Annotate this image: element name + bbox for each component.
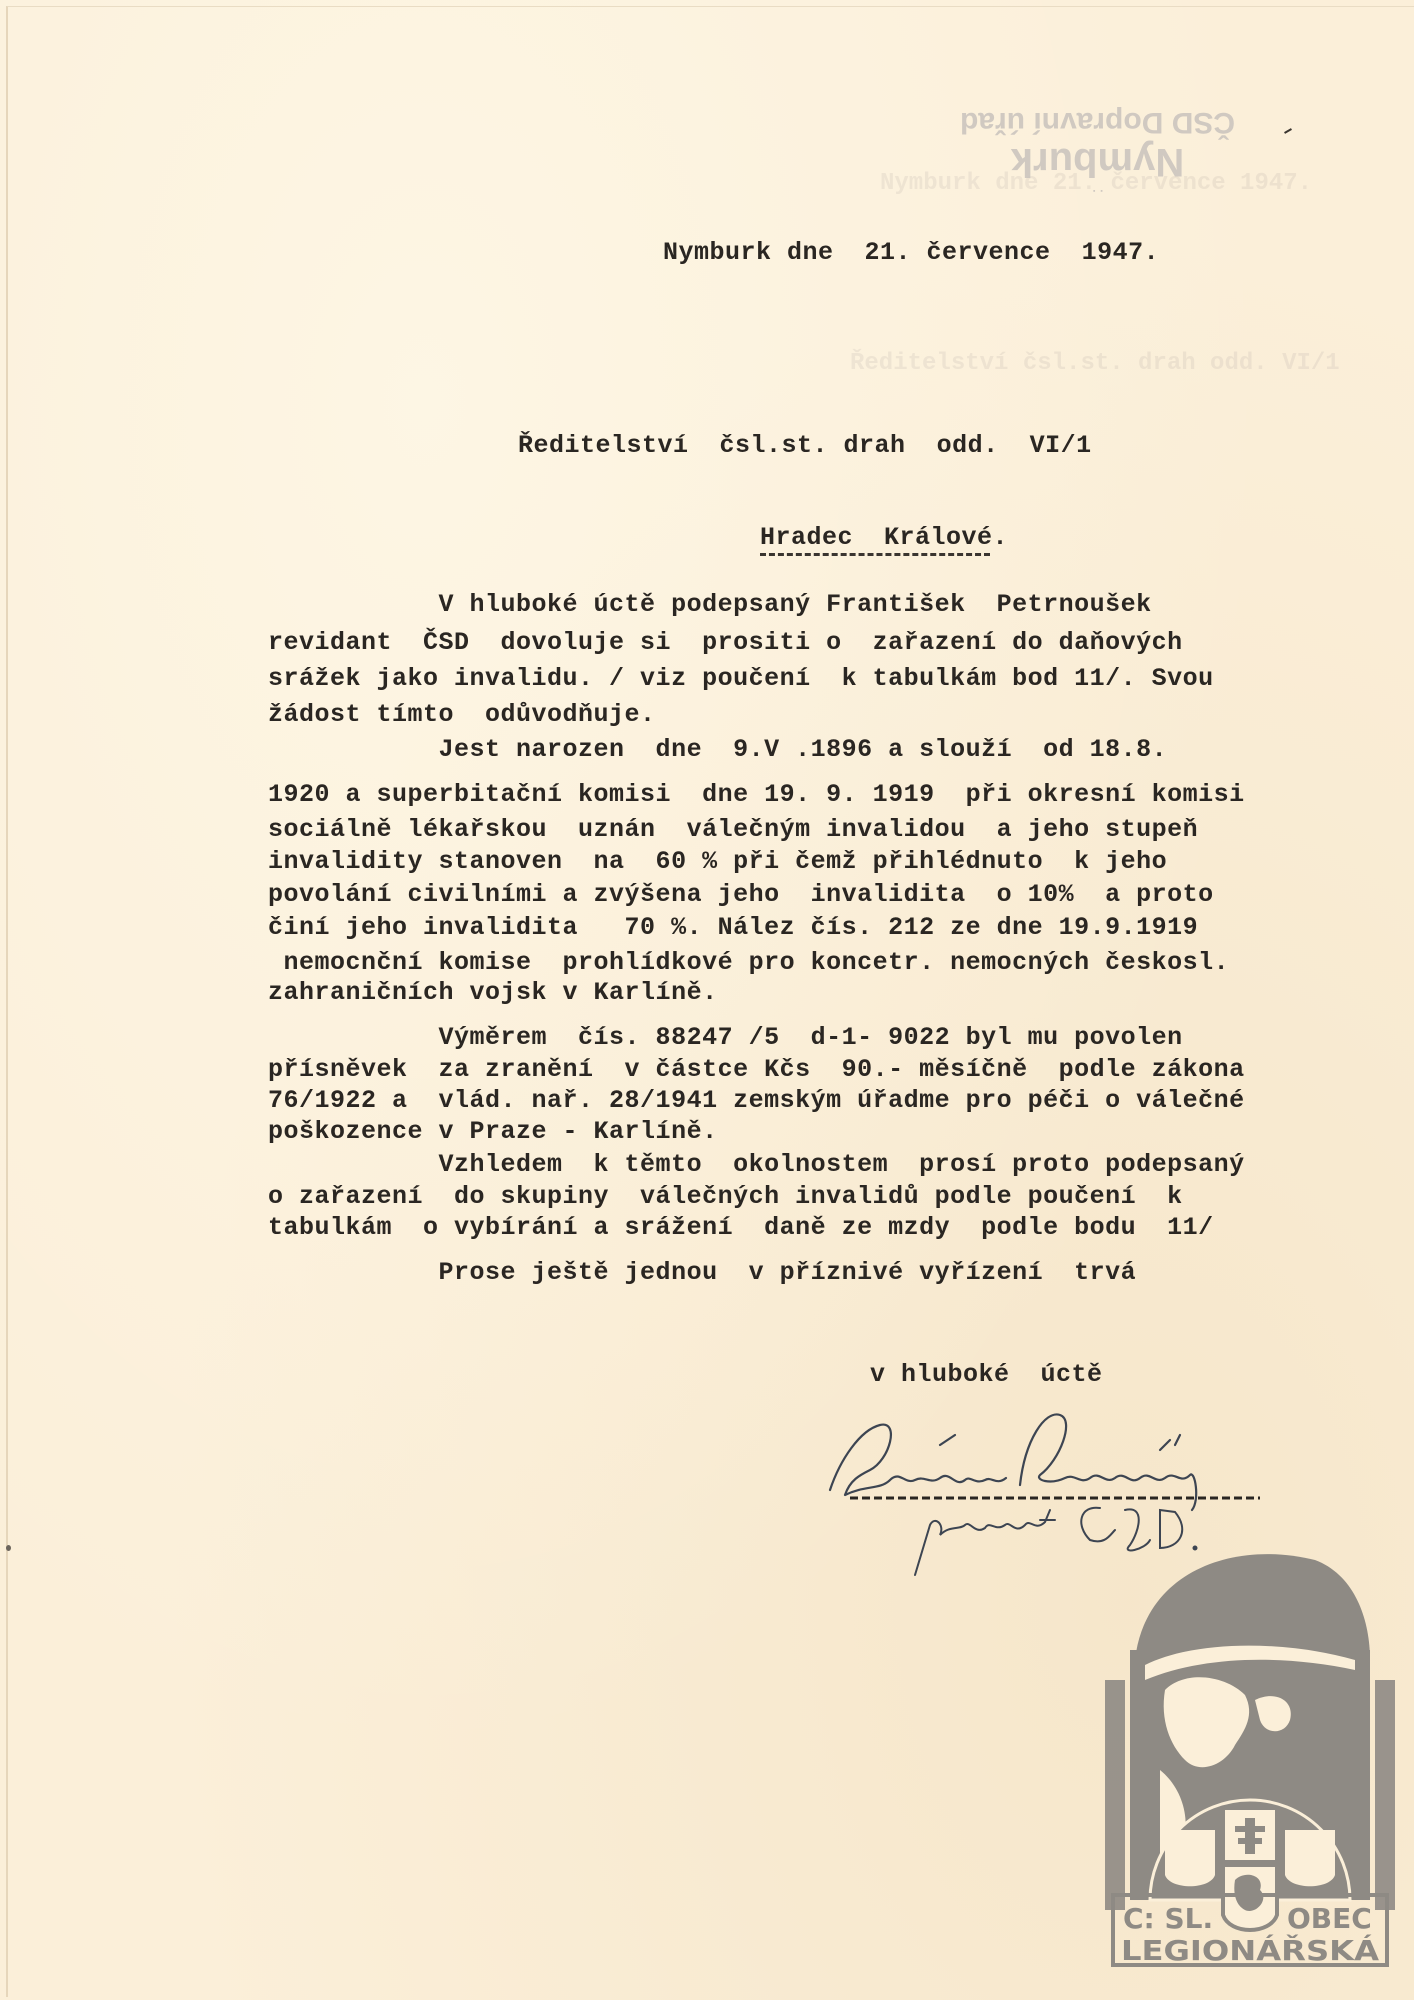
body-line: 76/1922 a vlád. nař. 28/1941 zemským úřa… (268, 1086, 1245, 1116)
body-line: tabulkám o vybírání a srážení daně ze mz… (268, 1213, 1214, 1243)
place-date: Nymburk dne 21. července 1947. (663, 238, 1159, 268)
addressee-line1: Ředitelství čsl.st. drah odd. VI/1 (518, 431, 1092, 461)
body-line: přísněvek za zranění v částce Kčs 90.- m… (268, 1055, 1245, 1085)
bleed-through-text: Ředitelství čsl.st. drah odd. VI/1 (850, 350, 1340, 377)
body-line: invalidity stanoven na 60 % při čemž při… (268, 847, 1167, 877)
closing-salutation: v hluboké úctě (870, 1360, 1103, 1390)
addressee-line2: Hradec Králové. (760, 523, 1008, 553)
emblem-text-obec: OBEC (1287, 1902, 1372, 1935)
body-line: Vzhledem k těmto okolnostem prosí proto … (268, 1150, 1245, 1180)
body-line: zahraničních vojsk v Karlíně. (268, 978, 718, 1008)
body-line: V hluboké úctě podepsaný František Petrn… (268, 590, 1152, 620)
punch-mark (6, 1545, 11, 1551)
legion-emblem-logo: C: SL. OBEC LEGIONÁŘSKÁ (1105, 1530, 1395, 1970)
stamp-line3: · · (960, 184, 1235, 198)
addressee-underline (760, 553, 990, 556)
stamp-line2: Nymburk (960, 139, 1235, 184)
body-line: nemocnční komise prohlídkové pro koncetr… (268, 948, 1229, 978)
body-line: revidant ČSD dovoluje si prositi o zařaz… (268, 628, 1183, 658)
emblem-text-legionarska: LEGIONÁŘSKÁ (1121, 1933, 1379, 1967)
body-line: žádost tímto odůvodňuje. (268, 700, 656, 730)
body-line: Jest narozen dne 9.V .1896 a slouží od 1… (268, 735, 1167, 765)
body-line: poškozence v Praze - Karlíně. (268, 1117, 718, 1147)
body-line: činí jeho invalidita 70 %. Nález čís. 21… (268, 913, 1198, 943)
emblem-text-csl: C: SL. (1123, 1902, 1213, 1935)
body-line: srážek jako invalidu. / viz poučení k ta… (268, 664, 1214, 694)
stamp-line1: ČSD Dopravní úřad (960, 105, 1235, 139)
body-line: sociálně lékařskou uznán válečným invali… (268, 815, 1198, 845)
body-line: 1920 a superbitační komisi dne 19. 9. 19… (268, 780, 1245, 810)
body-line: Výměrem čís. 88247 /5 d-1- 9022 byl mu p… (268, 1023, 1183, 1053)
body-line: o zařazení do skupiny válečných invalidů… (268, 1182, 1183, 1212)
body-line: povolání civilními a zvýšena jeho invali… (268, 880, 1214, 910)
office-stamp: · · Nymburk ČSD Dopravní úřad (960, 105, 1235, 198)
body-line: Prose ještě jednou v příznivé vyřízení t… (268, 1258, 1136, 1288)
